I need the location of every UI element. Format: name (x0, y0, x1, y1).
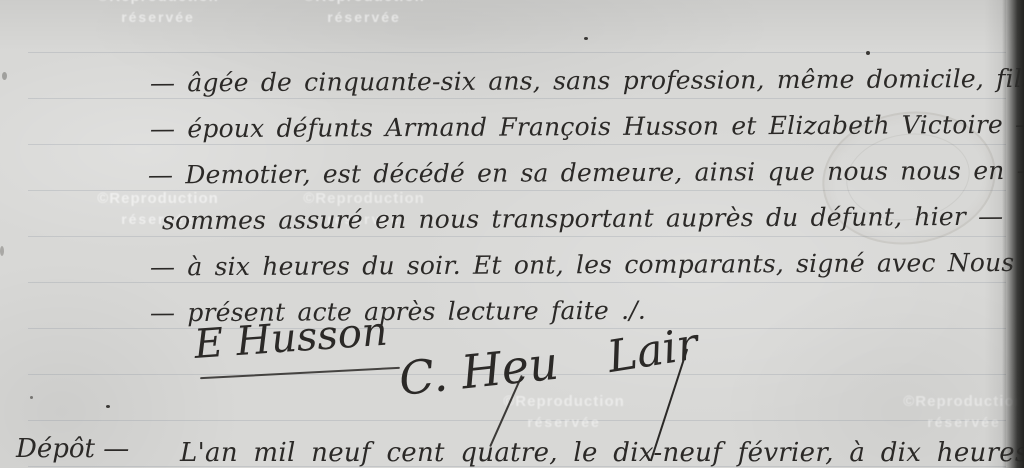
page-edge (1002, 0, 1024, 468)
signature-lair: Lair (604, 318, 701, 383)
watermark-line1: ©Reproduction (92, 0, 224, 7)
signature-heu: C. Heu (396, 336, 561, 406)
ink-speck (866, 51, 870, 55)
ink-speck (0, 246, 4, 256)
margin-note-depot: Dépôt — (16, 434, 129, 464)
signature-flourish (200, 367, 400, 379)
ink-speck (2, 72, 7, 80)
watermark: ©Reproduction réservée (498, 392, 630, 432)
scanned-register-page: ©Reproduction réservée ©Reproduction rés… (0, 0, 1024, 468)
act-text-line: sommes assuré en nous transportant auprè… (162, 202, 1003, 235)
ink-speck (584, 37, 588, 40)
act-text-line: — à six heures du soir. Et ont, les comp… (150, 248, 1024, 282)
ink-speck (30, 396, 33, 399)
watermark-line2: réservée (92, 7, 224, 27)
watermark-line1: ©Reproduction (298, 0, 430, 7)
watermark-line2: réservée (498, 412, 630, 432)
watermark: ©Reproduction réservée (92, 0, 224, 27)
act-text-line: — âgée de cinquante-six ans, sans profes… (150, 64, 1024, 98)
watermark: ©Reproduction réservée (298, 0, 430, 27)
act-text-line: — Demotier, est décédé en sa demeure, ai… (148, 156, 1024, 190)
ink-speck (106, 405, 110, 408)
watermark-line1: ©Reproduction (498, 392, 630, 412)
next-act-first-line: L'an mil neuf cent quatre, le dix-neuf f… (180, 438, 1024, 468)
act-text-line: — époux défunts Armand François Husson e… (150, 110, 1024, 144)
watermark-line2: réservée (298, 7, 430, 27)
